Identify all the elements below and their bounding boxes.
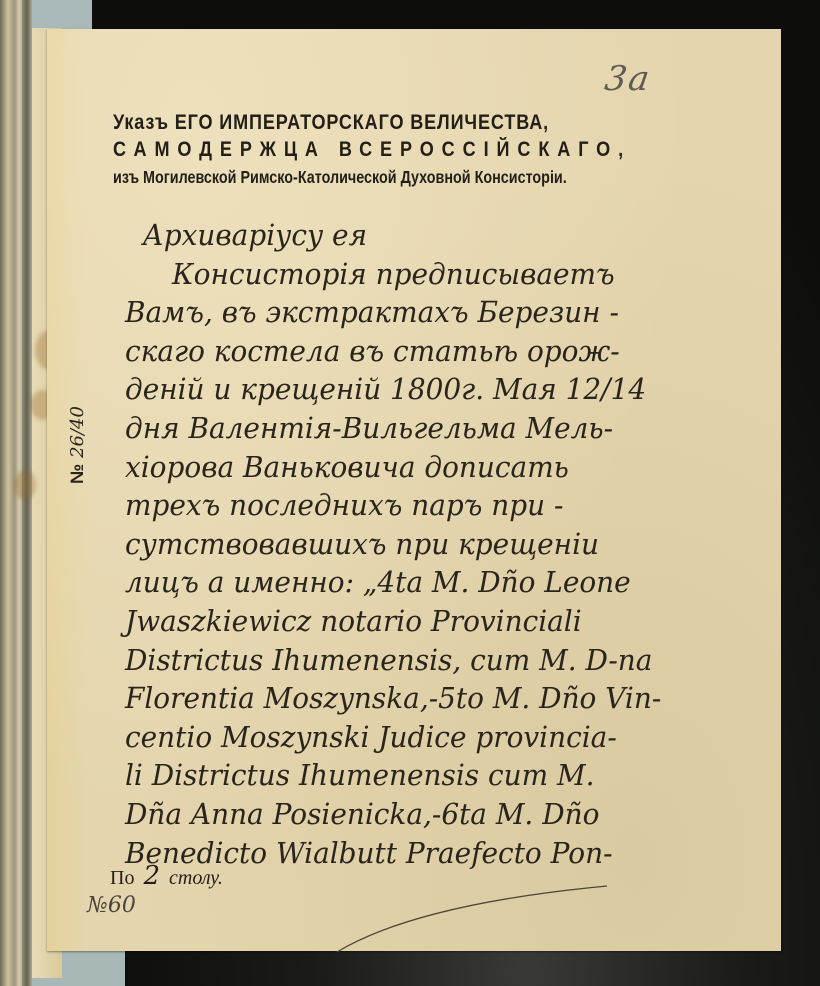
handwritten-line: Districtus Ihumenensis, cum M. D-na xyxy=(125,642,772,681)
handwritten-line: Florentia Moszynska,-5to M. Dño Vin- xyxy=(125,680,772,719)
desk-assignment: По 2 столу. xyxy=(110,861,223,891)
handwritten-line: трехъ последнихъ паръ при - xyxy=(125,487,772,526)
handwritten-line: Dña Anna Posienicka,-6ta M. Dño xyxy=(125,796,772,835)
handwritten-line: дня Валентія-Вильгельма Мель- xyxy=(125,410,772,449)
number-value: 26/40 xyxy=(67,406,88,458)
water-stain xyxy=(14,470,36,500)
handwritten-line: сутствовавшихъ при крещеніи xyxy=(125,526,772,565)
side-document-number: №26/40 xyxy=(67,406,88,484)
pencil-stroke xyxy=(327,884,627,954)
header-line-3: изъ Могилевской Римско-Католической Духо… xyxy=(113,167,621,188)
document-sheet: 3а Указъ ЕГО ИМПЕРАТОРСКАГО ВЕЛИЧЕСТВА, … xyxy=(47,29,781,951)
handwritten-line: деній и крещеній 1800г. Мая 12/14 xyxy=(125,371,772,410)
handwritten-line: хіорова Ваньковича дописать xyxy=(125,449,772,488)
sheet-number: 3а xyxy=(602,59,654,99)
header-line-2: САМОДЕРЖЦА ВСЕРОССІЙСКАГО, xyxy=(113,138,646,162)
handwritten-line: Консисторія предписываетъ xyxy=(125,256,772,295)
desk-number: 2 xyxy=(143,861,160,891)
handwritten-line: скаго костела въ статьѣ орож- xyxy=(125,333,772,372)
handwritten-line: li Districtus Ihumenensis cum M. xyxy=(125,757,772,796)
desk-word: столу. xyxy=(169,867,223,889)
handwritten-line: centio Moszynski Judice provincia- xyxy=(125,719,772,758)
handwritten-line: Вамъ, въ экстрактахъ Березин - xyxy=(125,294,772,333)
handwritten-line: Jwaszkiewicz notario Provinciali xyxy=(125,603,772,642)
desk-prefix: По xyxy=(110,867,134,889)
number-sign: № xyxy=(67,464,87,484)
handwritten-body: Архиваріусу ея Консисторія предписываетъ… xyxy=(125,217,785,873)
register-number: №60 xyxy=(87,893,136,918)
header-line-1: Указъ ЕГО ИМПЕРАТОРСКАГО ВЕЛИЧЕСТВА, xyxy=(113,111,646,135)
blue-board-top xyxy=(30,0,92,30)
handwritten-line: Архиваріусу ея xyxy=(125,217,772,256)
handwritten-line: лицъ а именно: „4ta M. Dño Leone xyxy=(125,564,772,603)
printed-header: Указъ ЕГО ИМПЕРАТОРСКАГО ВЕЛИЧЕСТВА, САМ… xyxy=(113,111,733,188)
